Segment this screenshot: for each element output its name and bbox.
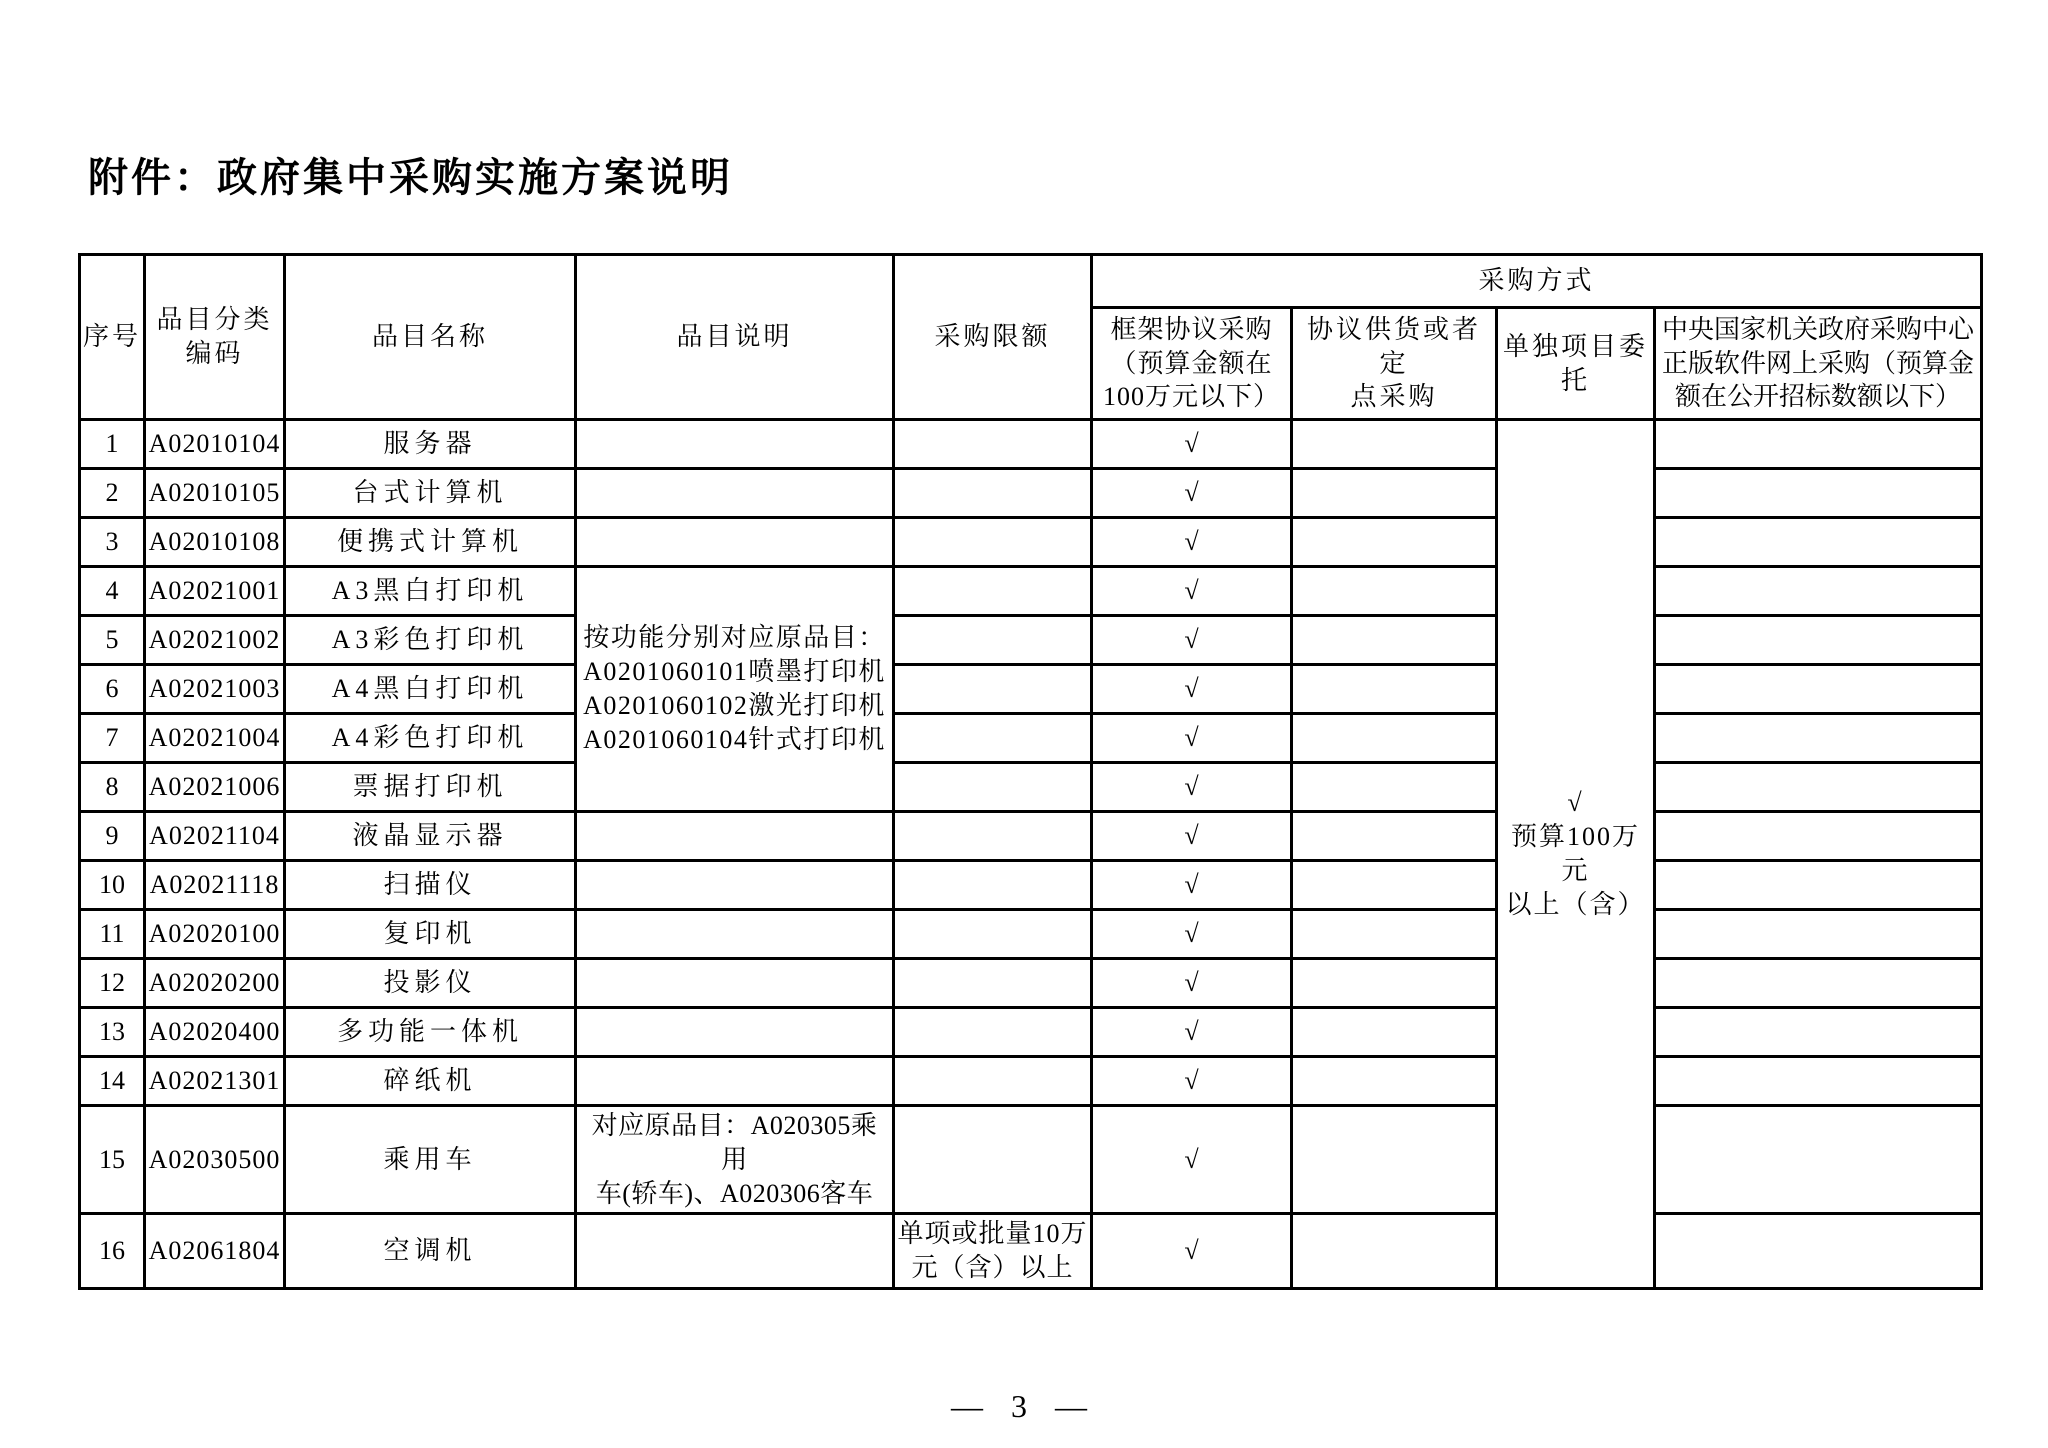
check-cell: √ [1092, 420, 1292, 469]
desc-cell [576, 812, 894, 861]
name-cell: 乘用车 [285, 1106, 576, 1214]
software-cell [1655, 959, 1982, 1008]
supply-cell [1292, 910, 1497, 959]
check-cell: √ [1092, 567, 1292, 616]
code-cell: A02061804 [145, 1214, 285, 1289]
supply-cell [1292, 1008, 1497, 1057]
table-row: 11 A02020100 复印机 √ [80, 910, 1982, 959]
check-cell: √ [1092, 812, 1292, 861]
table-row: 16 A02061804 空调机 单项或批量10万 元（含）以上 √ [80, 1214, 1982, 1289]
code-cell: A02010105 [145, 469, 285, 518]
limit-cell [894, 1057, 1092, 1106]
seq-cell: 14 [80, 1057, 145, 1106]
software-cell [1655, 1008, 1982, 1057]
software-cell [1655, 469, 1982, 518]
supply-cell [1292, 1057, 1497, 1106]
name-cell: A3黑白打印机 [285, 567, 576, 616]
check-cell: √ [1092, 910, 1292, 959]
desc-cell [576, 469, 894, 518]
software-cell [1655, 714, 1982, 763]
seq-cell: 15 [80, 1106, 145, 1214]
check-cell: √ [1092, 1057, 1292, 1106]
limit-cell [894, 714, 1092, 763]
software-cell [1655, 616, 1982, 665]
software-cell [1655, 910, 1982, 959]
name-cell: 便携式计算机 [285, 518, 576, 567]
table-row: 3 A02010108 便携式计算机 √ [80, 518, 1982, 567]
table-row: 6 A02021003 A4黑白打印机 √ [80, 665, 1982, 714]
table-row: 4 A02021001 A3黑白打印机 按功能分别对应原品目： A0201060… [80, 567, 1982, 616]
supply-cell [1292, 812, 1497, 861]
seq-cell: 10 [80, 861, 145, 910]
limit-cell [894, 616, 1092, 665]
seq-cell: 4 [80, 567, 145, 616]
limit-cell [894, 812, 1092, 861]
supply-cell [1292, 861, 1497, 910]
procurement-table: 序号 品目分类 编码 品目名称 品目说明 采购限额 采购方式 框架协议采购 （预… [78, 253, 1983, 1290]
name-cell: 投影仪 [285, 959, 576, 1008]
name-cell: 液晶显示器 [285, 812, 576, 861]
code-cell: A02021006 [145, 763, 285, 812]
software-cell [1655, 763, 1982, 812]
limit-cell [894, 1008, 1092, 1057]
check-cell: √ [1092, 616, 1292, 665]
header-row-group: 序号 品目分类 编码 品目名称 品目说明 采购限额 采购方式 [80, 255, 1982, 308]
code-cell: A02021118 [145, 861, 285, 910]
delegate-merged-cell: √ 预算100万元 以上（含） [1497, 420, 1655, 1289]
code-cell: A02021004 [145, 714, 285, 763]
seq-cell: 6 [80, 665, 145, 714]
desc-cell [576, 910, 894, 959]
check-cell: √ [1092, 1008, 1292, 1057]
name-cell: 台式计算机 [285, 469, 576, 518]
supply-cell [1292, 763, 1497, 812]
code-cell: A02021301 [145, 1057, 285, 1106]
limit-cell [894, 910, 1092, 959]
col-header-delegate: 单独项目委 托 [1497, 308, 1655, 420]
seq-cell: 16 [80, 1214, 145, 1289]
seq-cell: 5 [80, 616, 145, 665]
name-cell: A4黑白打印机 [285, 665, 576, 714]
limit-cell [894, 567, 1092, 616]
name-cell: 票据打印机 [285, 763, 576, 812]
col-header-method-group: 采购方式 [1092, 255, 1982, 308]
supply-cell [1292, 469, 1497, 518]
seq-cell: 1 [80, 420, 145, 469]
desc-cell [576, 1057, 894, 1106]
document-page: 附件：政府集中采购实施方案说明 序号 品目分类 编码 品目名称 品目说明 采购限… [0, 0, 2048, 1448]
code-cell: A02021002 [145, 616, 285, 665]
code-cell: A02020100 [145, 910, 285, 959]
col-header-seq: 序号 [80, 255, 145, 420]
code-cell: A02021003 [145, 665, 285, 714]
code-cell: A02021104 [145, 812, 285, 861]
seq-cell: 12 [80, 959, 145, 1008]
software-cell [1655, 1057, 1982, 1106]
desc-cell [576, 959, 894, 1008]
check-cell: √ [1092, 518, 1292, 567]
table-row: 15 A02030500 乘用车 对应原品目：A020305乘用 车(轿车)、A… [80, 1106, 1982, 1214]
seq-cell: 8 [80, 763, 145, 812]
table-row: 5 A02021002 A3彩色打印机 √ [80, 616, 1982, 665]
software-cell [1655, 665, 1982, 714]
desc-cell [576, 861, 894, 910]
table-row: 9 A02021104 液晶显示器 √ [80, 812, 1982, 861]
supply-cell [1292, 1214, 1497, 1289]
supply-cell [1292, 1106, 1497, 1214]
seq-cell: 11 [80, 910, 145, 959]
col-header-agreement: 协议供货或者定 点采购 [1292, 308, 1497, 420]
limit-cell [894, 469, 1092, 518]
desc-cell [576, 1214, 894, 1289]
software-cell [1655, 1214, 1982, 1289]
software-cell [1655, 812, 1982, 861]
supply-cell [1292, 518, 1497, 567]
printer-desc-merged-cell: 按功能分别对应原品目： A0201060101喷墨打印机 A0201060102… [576, 567, 894, 812]
limit-cell [894, 959, 1092, 1008]
supply-cell [1292, 714, 1497, 763]
supply-cell [1292, 420, 1497, 469]
limit-cell [894, 763, 1092, 812]
name-cell: A4彩色打印机 [285, 714, 576, 763]
table-row: 8 A02021006 票据打印机 √ [80, 763, 1982, 812]
code-cell: A02021001 [145, 567, 285, 616]
check-cell: √ [1092, 959, 1292, 1008]
supply-cell [1292, 665, 1497, 714]
desc-cell [576, 420, 894, 469]
seq-cell: 13 [80, 1008, 145, 1057]
software-cell [1655, 420, 1982, 469]
name-cell: 碎纸机 [285, 1057, 576, 1106]
table-row: 10 A02021118 扫描仪 √ [80, 861, 1982, 910]
name-cell: A3彩色打印机 [285, 616, 576, 665]
seq-cell: 7 [80, 714, 145, 763]
table-row: 1 A02010104 服务器 √ √ 预算100万元 以上（含） [80, 420, 1982, 469]
code-cell: A02020400 [145, 1008, 285, 1057]
seq-cell: 9 [80, 812, 145, 861]
seq-cell: 3 [80, 518, 145, 567]
col-header-limit: 采购限额 [894, 255, 1092, 420]
desc-cell: 对应原品目：A020305乘用 车(轿车)、A020306客车 [576, 1106, 894, 1214]
col-header-framework: 框架协议采购 （预算金额在 100万元以下） [1092, 308, 1292, 420]
col-header-desc: 品目说明 [576, 255, 894, 420]
check-cell: √ [1092, 469, 1292, 518]
seq-cell: 2 [80, 469, 145, 518]
limit-cell [894, 665, 1092, 714]
software-cell [1655, 861, 1982, 910]
code-cell: A02010104 [145, 420, 285, 469]
supply-cell [1292, 959, 1497, 1008]
page-title: 附件：政府集中采购实施方案说明 [88, 146, 733, 203]
code-cell: A02030500 [145, 1106, 285, 1214]
software-cell [1655, 1106, 1982, 1214]
table-row: 7 A02021004 A4彩色打印机 √ [80, 714, 1982, 763]
col-header-name: 品目名称 [285, 255, 576, 420]
check-cell: √ [1092, 665, 1292, 714]
name-cell: 扫描仪 [285, 861, 576, 910]
supply-cell [1292, 567, 1497, 616]
check-cell: √ [1092, 763, 1292, 812]
supply-cell [1292, 616, 1497, 665]
desc-cell [576, 518, 894, 567]
code-cell: A02010108 [145, 518, 285, 567]
table-row: 13 A02020400 多功能一体机 √ [80, 1008, 1982, 1057]
name-cell: 空调机 [285, 1214, 576, 1289]
table-row: 12 A02020200 投影仪 √ [80, 959, 1982, 1008]
check-cell: √ [1092, 714, 1292, 763]
limit-cell [894, 861, 1092, 910]
software-cell [1655, 518, 1982, 567]
limit-cell: 单项或批量10万 元（含）以上 [894, 1214, 1092, 1289]
table-row: 14 A02021301 碎纸机 √ [80, 1057, 1982, 1106]
name-cell: 复印机 [285, 910, 576, 959]
check-cell: √ [1092, 861, 1292, 910]
col-header-software: 中央国家机关政府采购中心 正版软件网上采购（预算金 额在公开招标数额以下） [1655, 308, 1982, 420]
software-cell [1655, 567, 1982, 616]
name-cell: 服务器 [285, 420, 576, 469]
col-header-code: 品目分类 编码 [145, 255, 285, 420]
check-cell: √ [1092, 1214, 1292, 1289]
limit-cell [894, 1106, 1092, 1214]
page-number: — 3 — [0, 1388, 2048, 1425]
code-cell: A02020200 [145, 959, 285, 1008]
name-cell: 多功能一体机 [285, 1008, 576, 1057]
desc-cell [576, 1008, 894, 1057]
limit-cell [894, 518, 1092, 567]
table-row: 2 A02010105 台式计算机 √ [80, 469, 1982, 518]
check-cell: √ [1092, 1106, 1292, 1214]
limit-cell [894, 420, 1092, 469]
